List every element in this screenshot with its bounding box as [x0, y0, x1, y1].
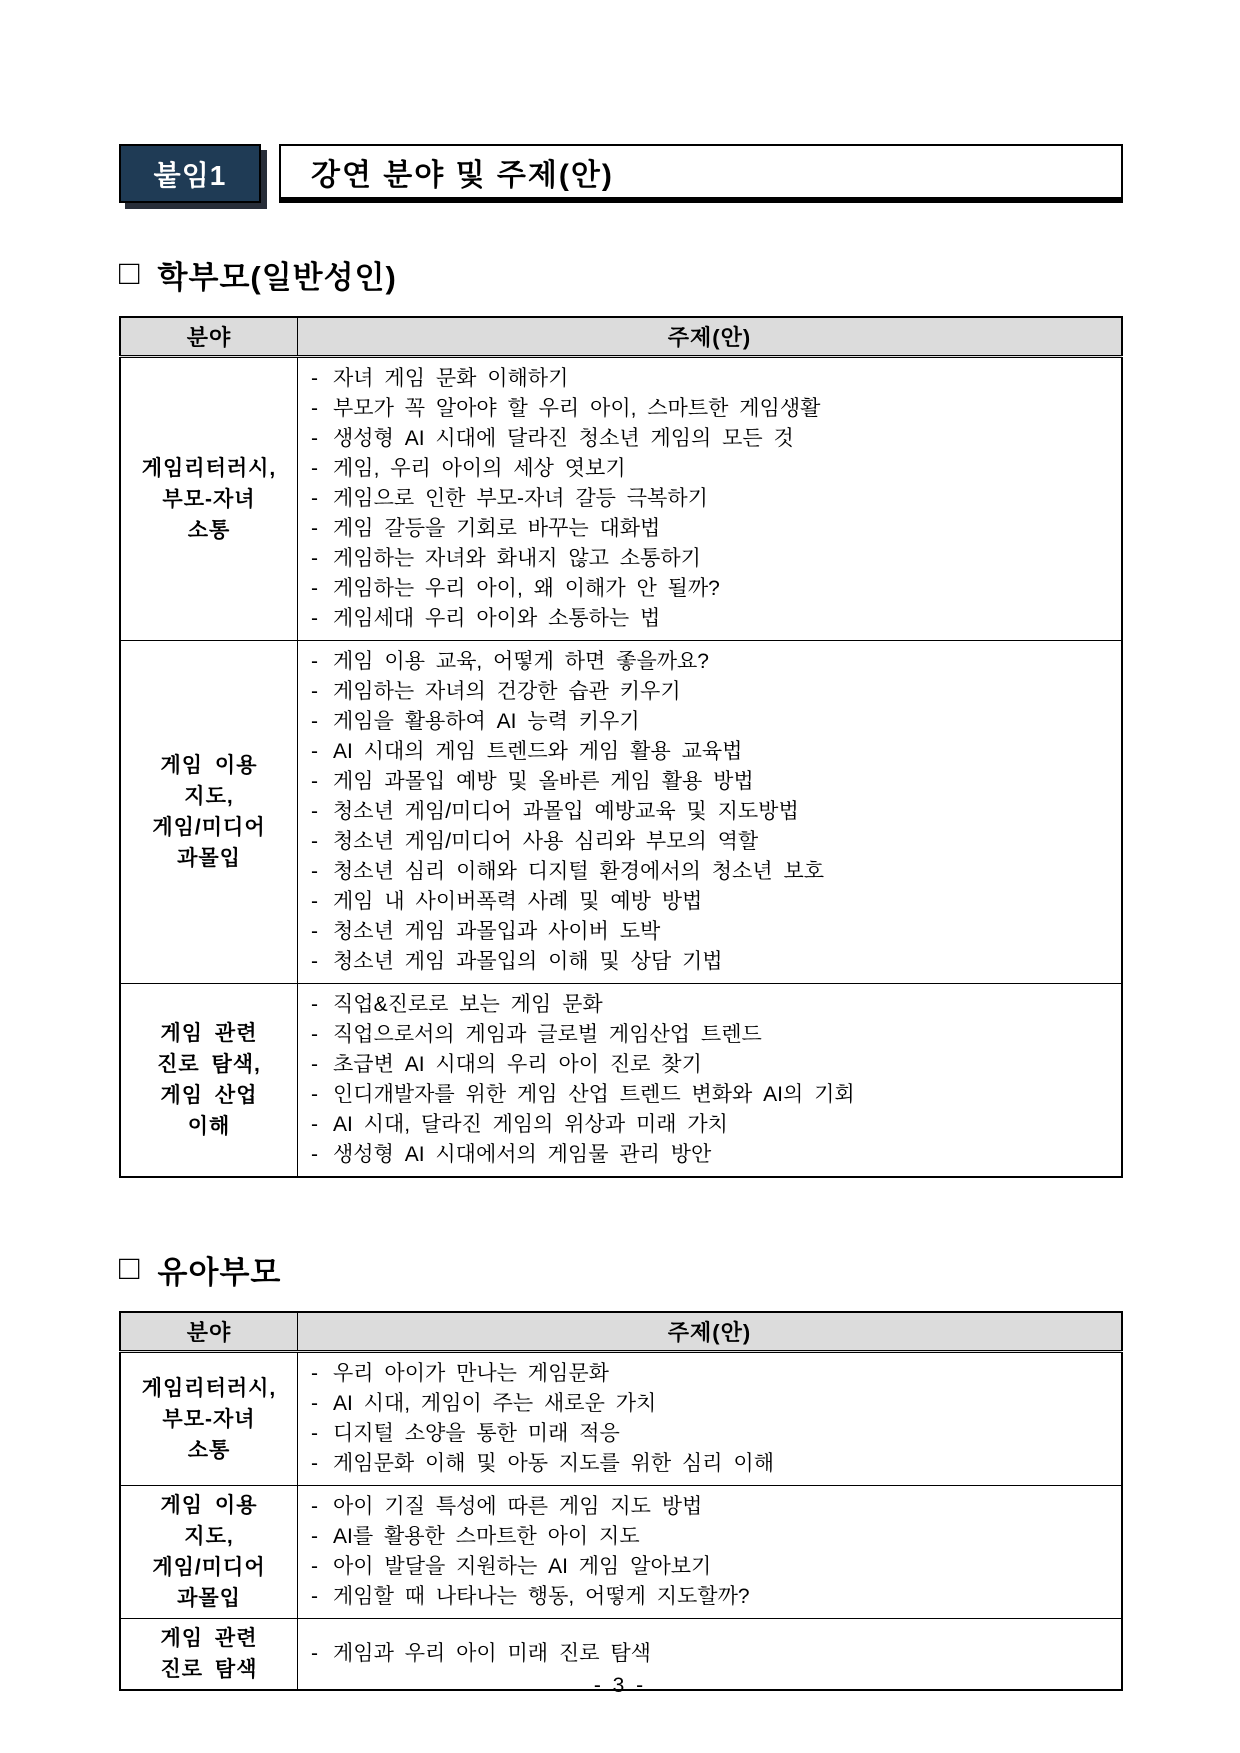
field-cell: 게임 이용 지도, 게임/미디어 과몰입: [120, 1486, 298, 1619]
field-line: 게임리터러시,: [123, 1373, 295, 1404]
field-cell: 게임 관련 진로 탐색, 게임 산업 이해: [120, 984, 298, 1178]
topic-text: 인디개발자를 위한 게임 산업 트렌드 변화와 AI의 기회: [333, 1083, 855, 1106]
field-cell: 게임 이용 지도, 게임/미디어 과몰입: [120, 641, 298, 984]
list-dash: -: [311, 737, 324, 767]
topic-text: 생성형 AI 시대에 달라진 청소년 게임의 모든 것: [333, 427, 794, 450]
field-line: 부모-자녀: [123, 484, 295, 515]
topics-cell: -직업&진로로 보는 게임 문화 -직업으로서의 게임과 글로벌 게임산업 트렌…: [298, 984, 1123, 1178]
table-header-row: 분야 주제(안): [120, 1312, 1122, 1352]
topic-text: 생성형 AI 시대에서의 게임물 관리 방안: [333, 1143, 711, 1166]
section-heading-text: 학부모(일반성인): [158, 252, 397, 297]
topic-text: AI 시대, 달라진 게임의 위상과 미래 가치: [333, 1113, 728, 1136]
list-dash: -: [311, 1050, 324, 1080]
topic-item: -AI 시대의 게임 트렌드와 게임 활용 교육법: [311, 737, 1113, 767]
topic-item: -자녀 게임 문화 이해하기: [311, 364, 1113, 394]
field-line: 게임 산업: [123, 1080, 295, 1111]
field-line: 지도,: [123, 1521, 295, 1552]
topic-text: 게임으로 인한 부모-자녀 갈등 극복하기: [333, 487, 708, 510]
topic-item: -아이 발달을 지원하는 AI 게임 알아보기: [311, 1552, 1113, 1582]
topic-item: -게임과 우리 아이 미래 진로 탐색: [311, 1639, 1113, 1669]
topic-item: -게임문화 이해 및 아동 지도를 위한 심리 이해: [311, 1449, 1113, 1479]
page-title: 강연 분야 및 주제(안): [279, 144, 1123, 203]
square-bullet-icon: □: [119, 256, 141, 290]
topic-item: -게임, 우리 아이의 세상 엿보기: [311, 454, 1113, 484]
topic-item: -디지털 소양을 통한 미래 적응: [311, 1419, 1113, 1449]
topic-text: AI를 활용한 스마트한 아이 지도: [333, 1525, 640, 1548]
list-dash: -: [311, 990, 324, 1020]
topic-text: 디지털 소양을 통한 미래 적응: [333, 1422, 620, 1445]
field-line: 과몰입: [123, 843, 295, 874]
field-line: 소통: [123, 515, 295, 546]
list-dash: -: [311, 887, 324, 917]
topics-cell: -자녀 게임 문화 이해하기 -부모가 꼭 알아야 할 우리 아이, 스마트한 …: [298, 357, 1123, 641]
list-dash: -: [311, 1419, 324, 1449]
topic-item: -생성형 AI 시대에서의 게임물 관리 방안: [311, 1140, 1113, 1170]
topic-item: -아이 기질 특성에 따른 게임 지도 방법: [311, 1492, 1113, 1522]
topic-item: -게임 과몰입 예방 및 올바른 게임 활용 방법: [311, 767, 1113, 797]
list-dash: -: [311, 424, 324, 454]
topic-item: -게임을 활용하여 AI 능력 키우기: [311, 707, 1113, 737]
list-dash: -: [311, 604, 324, 634]
topics-cell: -우리 아이가 만나는 게임문화 -AI 시대, 게임이 주는 새로운 가치 -…: [298, 1352, 1123, 1486]
table-row: 게임 이용 지도, 게임/미디어 과몰입 -아이 기질 특성에 따른 게임 지도…: [120, 1486, 1122, 1619]
topic-text: 청소년 게임 과몰입과 사이버 도박: [333, 920, 660, 943]
document-page: 붙임1 강연 분야 및 주제(안) □ 학부모(일반성인) 분야 주제(안) 게…: [119, 0, 1123, 1691]
topic-text: 게임 과몰입 예방 및 올바른 게임 활용 방법: [333, 770, 754, 793]
topic-item: -청소년 게임 과몰입과 사이버 도박: [311, 917, 1113, 947]
list-dash: -: [311, 574, 324, 604]
field-line: 게임 관련: [123, 1018, 295, 1049]
topic-text: 게임과 우리 아이 미래 진로 탐색: [333, 1642, 651, 1665]
page-number: - 3 -: [0, 1674, 1240, 1698]
list-dash: -: [311, 1522, 324, 1552]
topics-table-preschool-parents: 분야 주제(안) 게임리터러시, 부모-자녀 소통 -우리 아이가 만나는 게임…: [119, 1311, 1123, 1691]
topic-text: 게임 갈등을 기회로 바꾸는 대화법: [333, 517, 660, 540]
field-cell: 게임리터러시, 부모-자녀 소통: [120, 1352, 298, 1486]
table-header-row: 분야 주제(안): [120, 317, 1122, 357]
topic-item: -청소년 심리 이해와 디지털 환경에서의 청소년 보호: [311, 857, 1113, 887]
topic-text: 청소년 게임/미디어 사용 심리와 부모의 역할: [333, 830, 758, 853]
list-dash: -: [311, 1389, 324, 1419]
list-dash: -: [311, 677, 324, 707]
list-dash: -: [311, 767, 324, 797]
list-dash: -: [311, 1449, 324, 1479]
list-dash: -: [311, 797, 324, 827]
topic-item: -게임 이용 교육, 어떻게 하면 좋을까요?: [311, 647, 1113, 677]
topic-item: -게임으로 인한 부모-자녀 갈등 극복하기: [311, 484, 1113, 514]
square-bullet-icon: □: [119, 1251, 141, 1285]
field-line: 진로 탐색,: [123, 1049, 295, 1080]
topic-text: 게임 이용 교육, 어떻게 하면 좋을까요?: [333, 650, 709, 673]
topic-text: AI 시대, 게임이 주는 새로운 가치: [333, 1392, 656, 1415]
field-line: 과몰입: [123, 1583, 295, 1614]
topic-text: 게임 내 사이버폭력 사례 및 예방 방법: [333, 890, 702, 913]
list-dash: -: [311, 394, 324, 424]
topic-item: -인디개발자를 위한 게임 산업 트렌드 변화와 AI의 기회: [311, 1080, 1113, 1110]
list-dash: -: [311, 647, 324, 677]
topic-item: -생성형 AI 시대에 달라진 청소년 게임의 모든 것: [311, 424, 1113, 454]
list-dash: -: [311, 857, 324, 887]
section-heading-preschool-parents: □ 유아부모: [119, 1247, 1123, 1292]
topic-text: 게임세대 우리 아이와 소통하는 법: [333, 607, 660, 630]
field-line: 소통: [123, 1435, 295, 1466]
list-dash: -: [311, 1582, 324, 1612]
field-line: 게임/미디어: [123, 812, 295, 843]
column-header-topic: 주제(안): [298, 317, 1123, 357]
topic-text: 게임문화 이해 및 아동 지도를 위한 심리 이해: [333, 1452, 774, 1475]
topic-item: -직업으로서의 게임과 글로벌 게임산업 트렌드: [311, 1020, 1113, 1050]
list-dash: -: [311, 1639, 324, 1669]
topic-text: 게임을 활용하여 AI 능력 키우기: [333, 710, 640, 733]
list-dash: -: [311, 484, 324, 514]
field-line: 게임 이용: [123, 750, 295, 781]
column-header-field: 분야: [120, 317, 298, 357]
list-dash: -: [311, 1140, 324, 1170]
topic-item: -AI를 활용한 스마트한 아이 지도: [311, 1522, 1113, 1552]
field-line: 이해: [123, 1111, 295, 1142]
topic-item: -청소년 게임/미디어 과몰입 예방교육 및 지도방법: [311, 797, 1113, 827]
list-dash: -: [311, 1359, 324, 1389]
topic-item: -우리 아이가 만나는 게임문화: [311, 1359, 1113, 1389]
topic-item: -청소년 게임 과몰입의 이해 및 상담 기법: [311, 947, 1113, 977]
topic-item: -게임하는 자녀와 화내지 않고 소통하기: [311, 544, 1113, 574]
table-row: 게임 이용 지도, 게임/미디어 과몰입 -게임 이용 교육, 어떻게 하면 좋…: [120, 641, 1122, 984]
topic-text: 아이 발달을 지원하는 AI 게임 알아보기: [333, 1555, 711, 1578]
list-dash: -: [311, 917, 324, 947]
topic-text: 부모가 꼭 알아야 할 우리 아이, 스마트한 게임생활: [333, 397, 820, 420]
topic-text: 청소년 게임/미디어 과몰입 예방교육 및 지도방법: [333, 800, 799, 823]
topic-text: 게임하는 자녀와 화내지 않고 소통하기: [333, 547, 701, 570]
topic-item: -직업&진로로 보는 게임 문화: [311, 990, 1113, 1020]
topic-item: -초급변 AI 시대의 우리 아이 진로 찾기: [311, 1050, 1113, 1080]
topic-text: 아이 기질 특성에 따른 게임 지도 방법: [333, 1495, 702, 1518]
table-row: 게임 관련 진로 탐색, 게임 산업 이해 -직업&진로로 보는 게임 문화 -…: [120, 984, 1122, 1178]
topic-text: AI 시대의 게임 트렌드와 게임 활용 교육법: [333, 740, 742, 763]
list-dash: -: [311, 1552, 324, 1582]
topic-text: 게임할 때 나타나는 행동, 어떻게 지도할까?: [333, 1585, 750, 1608]
attachment-badge: 붙임1: [119, 144, 261, 203]
topics-table-parents: 분야 주제(안) 게임리터러시, 부모-자녀 소통 -자녀 게임 문화 이해하기…: [119, 316, 1123, 1178]
section-heading-text: 유아부모: [158, 1247, 282, 1292]
topic-item: -게임 갈등을 기회로 바꾸는 대화법: [311, 514, 1113, 544]
topic-item: -게임하는 우리 아이, 왜 이해가 안 될까?: [311, 574, 1113, 604]
list-dash: -: [311, 454, 324, 484]
list-dash: -: [311, 1020, 324, 1050]
topic-text: 자녀 게임 문화 이해하기: [333, 367, 568, 390]
topic-text: 게임하는 자녀의 건강한 습관 키우기: [333, 680, 681, 703]
topic-text: 청소년 게임 과몰입의 이해 및 상담 기법: [333, 950, 723, 973]
topic-text: 초급변 AI 시대의 우리 아이 진로 찾기: [333, 1053, 702, 1076]
topic-item: -AI 시대, 게임이 주는 새로운 가치: [311, 1389, 1113, 1419]
field-line: 게임 관련: [123, 1623, 295, 1654]
field-line: 게임리터러시,: [123, 453, 295, 484]
list-dash: -: [311, 707, 324, 737]
topic-item: -게임세대 우리 아이와 소통하는 법: [311, 604, 1113, 634]
table-row: 게임리터러시, 부모-자녀 소통 -우리 아이가 만나는 게임문화 -AI 시대…: [120, 1352, 1122, 1486]
list-dash: -: [311, 947, 324, 977]
topic-text: 우리 아이가 만나는 게임문화: [333, 1362, 609, 1385]
column-header-field: 분야: [120, 1312, 298, 1352]
topic-text: 직업으로서의 게임과 글로벌 게임산업 트렌드: [333, 1023, 762, 1046]
topic-item: -게임할 때 나타나는 행동, 어떻게 지도할까?: [311, 1582, 1113, 1612]
topic-text: 청소년 심리 이해와 디지털 환경에서의 청소년 보호: [333, 860, 824, 883]
page-header: 붙임1 강연 분야 및 주제(안): [119, 144, 1123, 203]
topic-item: -게임하는 자녀의 건강한 습관 키우기: [311, 677, 1113, 707]
field-line: 게임 이용: [123, 1490, 295, 1521]
table-row: 게임리터러시, 부모-자녀 소통 -자녀 게임 문화 이해하기 -부모가 꼭 알…: [120, 357, 1122, 641]
list-dash: -: [311, 1110, 324, 1140]
list-dash: -: [311, 544, 324, 574]
topics-cell: -아이 기질 특성에 따른 게임 지도 방법 -AI를 활용한 스마트한 아이 …: [298, 1486, 1123, 1619]
list-dash: -: [311, 364, 324, 394]
topic-text: 게임하는 우리 아이, 왜 이해가 안 될까?: [333, 577, 720, 600]
list-dash: -: [311, 1492, 324, 1522]
field-line: 지도,: [123, 781, 295, 812]
topic-item: -AI 시대, 달라진 게임의 위상과 미래 가치: [311, 1110, 1113, 1140]
section-heading-parents: □ 학부모(일반성인): [119, 252, 1123, 297]
field-line: 부모-자녀: [123, 1404, 295, 1435]
topic-item: -청소년 게임/미디어 사용 심리와 부모의 역할: [311, 827, 1113, 857]
topic-item: -게임 내 사이버폭력 사례 및 예방 방법: [311, 887, 1113, 917]
topic-item: -부모가 꼭 알아야 할 우리 아이, 스마트한 게임생활: [311, 394, 1113, 424]
topic-text: 직업&진로로 보는 게임 문화: [333, 993, 603, 1016]
field-line: 게임/미디어: [123, 1552, 295, 1583]
topic-text: 게임, 우리 아이의 세상 엿보기: [333, 457, 626, 480]
list-dash: -: [311, 1080, 324, 1110]
field-cell: 게임리터러시, 부모-자녀 소통: [120, 357, 298, 641]
list-dash: -: [311, 514, 324, 544]
list-dash: -: [311, 827, 324, 857]
topics-cell: -게임 이용 교육, 어떻게 하면 좋을까요? -게임하는 자녀의 건강한 습관…: [298, 641, 1123, 984]
column-header-topic: 주제(안): [298, 1312, 1123, 1352]
